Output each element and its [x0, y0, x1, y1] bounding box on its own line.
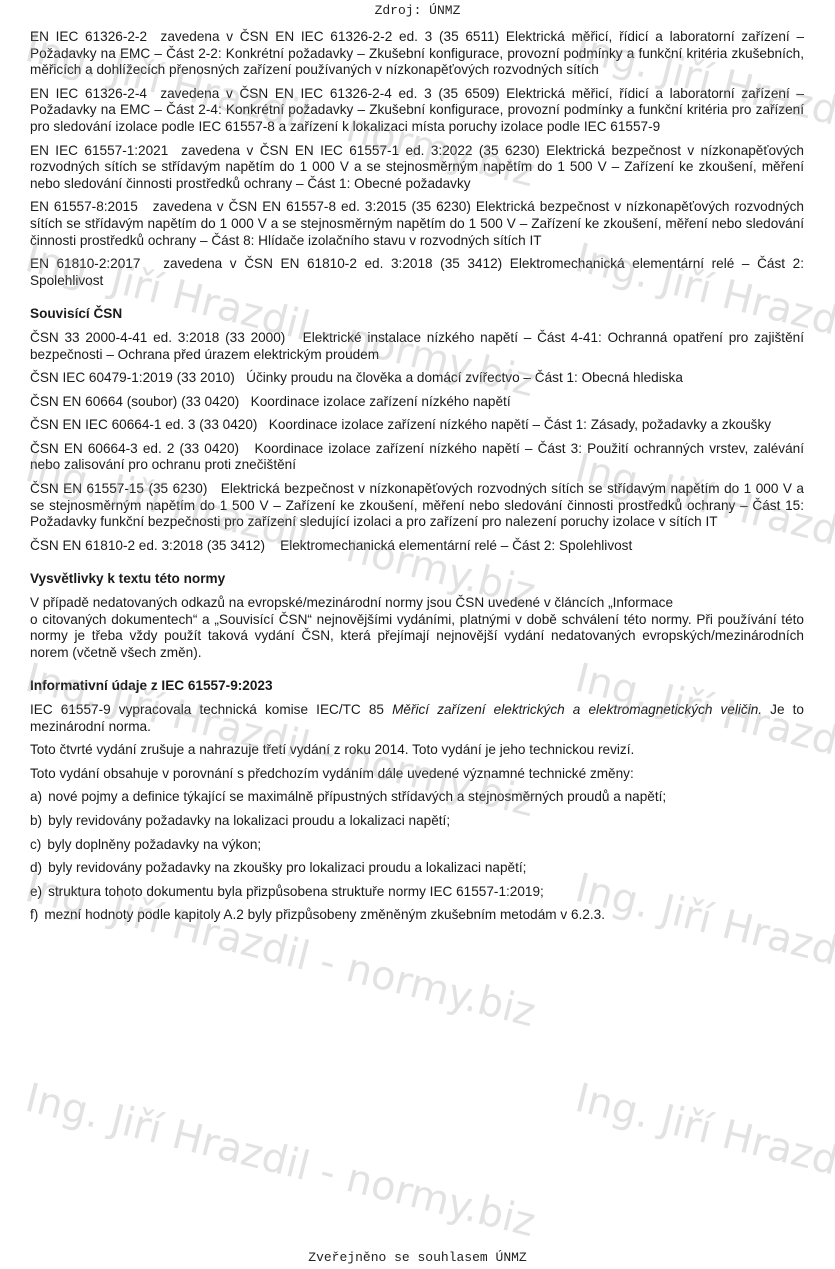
watermark: Ing. Jiří Hrazdil - normy.biz	[21, 1075, 540, 1246]
related-code: ČSN EN 60664-3 ed. 2 (33 0420)	[30, 441, 239, 456]
related-standards-list: ČSN 33 2000-4-41 ed. 3:2018 (33 2000) El…	[30, 330, 804, 555]
list-marker: b)	[30, 813, 42, 830]
related-code: ČSN 33 2000-4-41 ed. 3:2018 (33 2000)	[30, 330, 285, 345]
informative-paragraph-2: Toto čtvrté vydání zrušuje a nahrazuje t…	[30, 742, 804, 759]
informative-paragraph-1: IEC 61557-9 vypracovala technická komise…	[30, 702, 804, 735]
list-marker: c)	[30, 837, 41, 854]
change-item: b)byly revidovány požadavky na lokalizac…	[30, 813, 804, 830]
related-code: ČSN EN 60664 (soubor) (33 0420)	[30, 394, 239, 409]
reference-code: EN 61810-2:2017	[30, 256, 140, 271]
related-text: Elektromechanická elementární relé – Čás…	[280, 538, 632, 553]
related-code: ČSN EN 61810-2 ed. 3:2018 (35 3412)	[30, 538, 265, 553]
reference-code: EN IEC 61326-2-2	[30, 29, 147, 44]
reference-item: EN 61810-2:2017 zavedena v ČSN EN 61810-…	[30, 256, 804, 289]
document-body: EN IEC 61326-2-2 zavedena v ČSN EN IEC 6…	[30, 29, 804, 931]
related-text: Koordinace izolace zařízení nízkého napě…	[251, 394, 511, 409]
change-text: mezní hodnoty podle kapitoly A.2 byly př…	[44, 907, 605, 922]
informative-paragraph-3: Toto vydání obsahuje v porovnání s předc…	[30, 766, 804, 783]
explanations-heading: Vysvětlivky k textu této normy	[30, 571, 804, 588]
explanations-paragraph: V případě nedatovaných odkazů na evropsk…	[30, 595, 804, 661]
watermark: Ing. Jiří Hrazdil - normy.biz	[571, 1075, 835, 1246]
reference-code: EN IEC 61326-2-4	[30, 86, 147, 101]
reference-item: EN IEC 61326-2-2 zavedena v ČSN EN IEC 6…	[30, 29, 804, 79]
reference-item: EN 61557-8:2015 zavedena v ČSN EN 61557-…	[30, 199, 804, 249]
change-item: a)nové pojmy a definice týkající se maxi…	[30, 789, 804, 806]
reference-item: EN IEC 61557-1:2021 zavedena v ČSN EN IE…	[30, 143, 804, 193]
related-item: ČSN 33 2000-4-41 ed. 3:2018 (33 2000) El…	[30, 330, 804, 363]
explanations-line-1: V případě nedatovaných odkazů na evropsk…	[30, 595, 804, 612]
related-item: ČSN EN 61557-15 (35 6230) Elektrická bez…	[30, 481, 804, 531]
related-text: Účinky proudu na člověka a domácí zvířec…	[246, 370, 683, 385]
informative-heading: Informativní údaje z IEC 61557-9:2023	[30, 678, 804, 695]
list-marker: a)	[30, 789, 42, 806]
reference-item: EN IEC 61326-2-4 zavedena v ČSN EN IEC 6…	[30, 86, 804, 136]
explanations-line-2: o citovaných dokumentech“ a „Souvisící Č…	[30, 612, 804, 660]
committee-title: Měřicí zařízení elektrických a elektroma…	[392, 702, 762, 717]
list-marker: d)	[30, 860, 42, 877]
reference-code: EN IEC 61557-1:2021	[30, 143, 168, 158]
page-footer-consent: Zveřejněno se souhlasem ÚNMZ	[0, 1250, 835, 1265]
change-item: e)struktura tohoto dokumentu byla přizpů…	[30, 884, 804, 901]
change-item: d)byly revidovány požadavky na zkoušky p…	[30, 860, 804, 877]
related-item: ČSN EN 60664 (soubor) (33 0420) Koordina…	[30, 394, 804, 411]
change-text: byly revidovány požadavky na lokalizaci …	[48, 813, 450, 828]
change-item: c)byly doplněny požadavky na výkon;	[30, 837, 804, 854]
related-item: ČSN EN 61810-2 ed. 3:2018 (35 3412) Elek…	[30, 538, 804, 555]
change-item: f)mezní hodnoty podle kapitoly A.2 byly …	[30, 907, 804, 924]
related-text: Koordinace izolace zařízení nízkého napě…	[269, 417, 771, 432]
change-text: byly doplněny požadavky na výkon;	[47, 837, 261, 852]
committee-text: IEC 61557-9 vypracovala technická komise…	[30, 702, 392, 717]
related-item: ČSN EN 60664-3 ed. 2 (33 0420) Koordinac…	[30, 441, 804, 474]
related-code: ČSN EN IEC 60664-1 ed. 3 (33 0420)	[30, 417, 257, 432]
list-marker: f)	[30, 907, 38, 924]
change-text: struktura tohoto dokumentu byla přizpůso…	[48, 884, 544, 899]
related-item: ČSN IEC 60479-1:2019 (33 2010) Účinky pr…	[30, 370, 804, 387]
list-marker: e)	[30, 884, 42, 901]
page-header-source: Zdroj: ÚNMZ	[0, 3, 835, 18]
related-code: ČSN IEC 60479-1:2019 (33 2010)	[30, 370, 235, 385]
change-text: nové pojmy a definice týkající se maximá…	[48, 789, 666, 804]
changes-list: a)nové pojmy a definice týkající se maxi…	[30, 789, 804, 924]
related-item: ČSN EN IEC 60664-1 ed. 3 (33 0420) Koord…	[30, 417, 804, 434]
referenced-docs: EN IEC 61326-2-2 zavedena v ČSN EN IEC 6…	[30, 29, 804, 289]
related-code: ČSN EN 61557-15 (35 6230)	[30, 481, 207, 496]
reference-code: EN 61557-8:2015	[30, 199, 138, 214]
change-text: byly revidovány požadavky na zkoušky pro…	[48, 860, 526, 875]
related-standards-heading: Souvisící ČSN	[30, 306, 804, 323]
